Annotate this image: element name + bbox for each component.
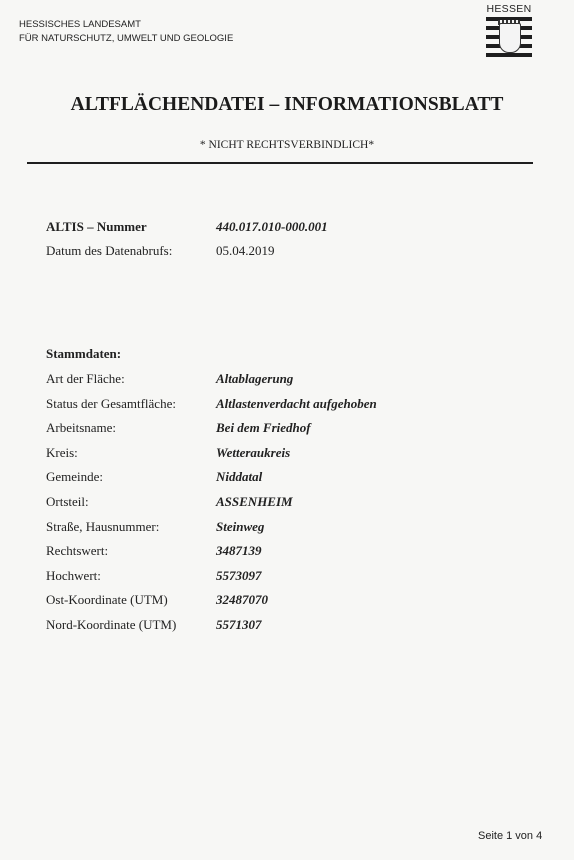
hessen-coat-of-arms-icon xyxy=(486,17,532,59)
logo-text: HESSEN xyxy=(486,3,532,15)
field-value: 5571307 xyxy=(216,617,262,633)
field-value: ASSENHEIM xyxy=(216,494,293,510)
agency-line-1: HESSISCHES LANDESAMT xyxy=(19,18,233,32)
field-value: Niddatal xyxy=(216,469,262,485)
field-label: Art der Fläche: xyxy=(46,371,125,387)
field-label: Ost-Koordinate (UTM) xyxy=(46,592,168,608)
field-value: Bei dem Friedhof xyxy=(216,420,311,436)
field-label: Status der Gesamtfläche: xyxy=(46,396,176,412)
field-value: Altlastenverdacht aufgehoben xyxy=(216,396,377,412)
document-title: ALTFLÄCHENDATEI – INFORMATIONSBLATT xyxy=(0,94,574,116)
page-number: Seite 1 von 4 xyxy=(478,830,542,842)
field-label: Kreis: xyxy=(46,445,78,461)
field-label: Rechtswert: xyxy=(46,543,108,559)
disclaimer: * NICHT RECHTSVERBINDLICH* xyxy=(0,139,574,151)
date-label: Datum des Datenabrufs: xyxy=(46,243,172,259)
field-label: Ortsteil: xyxy=(46,494,89,510)
divider xyxy=(27,162,533,164)
field-value: Wetteraukreis xyxy=(216,445,290,461)
field-label: Gemeinde: xyxy=(46,469,103,485)
agency-line-2: FÜR NATURSCHUTZ, UMWELT UND GEOLOGIE xyxy=(19,32,233,46)
hessen-logo: HESSEN xyxy=(486,3,532,59)
field-label: Hochwert: xyxy=(46,568,101,584)
field-label: Nord-Koordinate (UTM) xyxy=(46,617,176,633)
field-value: Steinweg xyxy=(216,519,264,535)
date-value: 05.04.2019 xyxy=(216,243,275,259)
altis-value: 440.017.010-000.001 xyxy=(216,219,328,235)
field-label: Arbeitsname: xyxy=(46,420,116,436)
field-value: Altablagerung xyxy=(216,371,293,387)
field-value: 5573097 xyxy=(216,568,262,584)
field-value: 32487070 xyxy=(216,592,268,608)
field-label: Straße, Hausnummer: xyxy=(46,519,159,535)
altis-label: ALTIS – Nummer xyxy=(46,219,147,235)
field-value: 3487139 xyxy=(216,543,262,559)
agency-name: HESSISCHES LANDESAMT FÜR NATURSCHUTZ, UM… xyxy=(19,18,233,46)
